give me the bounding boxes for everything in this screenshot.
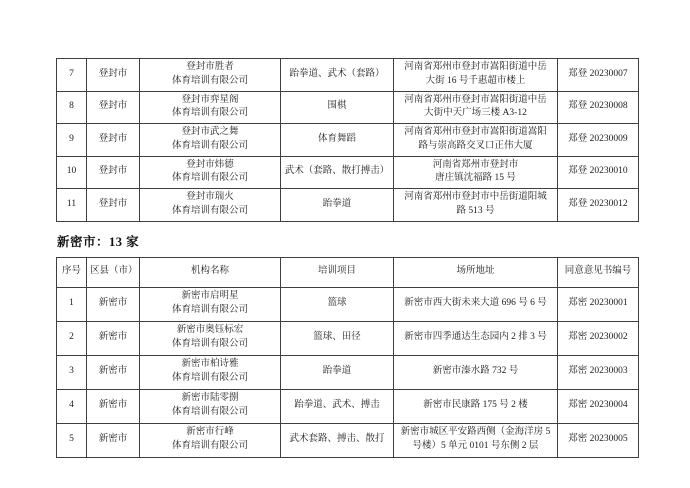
cell-training: 跆拳道 (281, 355, 394, 389)
cell-org-name: 新密市陆零捌 体育培训有限公司 (140, 389, 281, 423)
header-cert-number: 同意意见书编号 (558, 257, 639, 287)
cell-org-name: 新密市奥钰标宏 体育培训有限公司 (140, 321, 281, 355)
cell-org-name: 新密市启明星 体育培训有限公司 (140, 287, 281, 321)
cell-district: 新密市 (87, 321, 140, 355)
cell-address: 河南省郑州市登封市嵩阳街道中岳 大街中天广场三楼 A3-12 (394, 91, 558, 124)
cell-district: 登封市 (87, 189, 140, 222)
table-row: 5 新密市 新密市行峰 体育培训有限公司 武术套路、搏击、散打 新密市城区平安路… (57, 423, 639, 457)
cell-org-name: 登封市炜德 体育培训有限公司 (140, 156, 281, 189)
cell-cert-number: 郑登 20230010 (558, 156, 639, 189)
table-row: 8 登封市 登封市弈星阁 体育培训有限公司 围棋 河南省郑州市登封市嵩阳街道中岳… (57, 91, 639, 124)
cell-district: 新密市 (87, 423, 140, 457)
header-org-name: 机构名称 (140, 257, 281, 287)
cell-cert-number: 郑密 20230004 (558, 389, 639, 423)
cell-training: 体育舞蹈 (281, 124, 394, 157)
cell-org-name: 新密市柏诗雅 体育培训有限公司 (140, 355, 281, 389)
table-row: 4 新密市 新密市陆零捌 体育培训有限公司 跆拳道、武术、搏击 新密市民康路 1… (57, 389, 639, 423)
cell-serial: 2 (57, 321, 87, 355)
cell-serial: 9 (57, 124, 87, 157)
header-serial: 序号 (57, 257, 87, 287)
header-address: 场所地址 (394, 257, 558, 287)
cell-serial: 5 (57, 423, 87, 457)
cell-cert-number: 郑密 20230001 (558, 287, 639, 321)
table-header-row: 序号 区县（市） 机构名称 培训项目 场所地址 同意意见书编号 (57, 257, 639, 287)
cell-address: 河南省郑州市登封市嵩阳街道嵩阳 路与崇高路交叉口正伟大厦 (394, 124, 558, 157)
cell-cert-number: 郑密 20230002 (558, 321, 639, 355)
page-content: 7 登封市 登封市胜者 体育培训有限公司 跆拳道、武术（套路） 河南省郑州市登封… (56, 58, 638, 458)
table-row: 11 登封市 登封市瑞火 体育培训有限公司 跆拳道 河南省郑州市登封市中岳街道阳… (57, 189, 639, 222)
cell-org-name: 登封市瑞火 体育培训有限公司 (140, 189, 281, 222)
cell-training: 武术（套路、散打搏击） (281, 156, 394, 189)
cell-district: 新密市 (87, 355, 140, 389)
dengfeng-table: 7 登封市 登封市胜者 体育培训有限公司 跆拳道、武术（套路） 河南省郑州市登封… (56, 58, 639, 222)
cell-cert-number: 郑密 20230005 (558, 423, 639, 457)
header-training: 培训项目 (281, 257, 394, 287)
cell-serial: 7 (57, 59, 87, 92)
xinmi-table: 序号 区县（市） 机构名称 培训项目 场所地址 同意意见书编号 1 新密市 新密… (56, 257, 639, 458)
cell-serial: 8 (57, 91, 87, 124)
cell-district: 新密市 (87, 287, 140, 321)
cell-address: 河南省郑州市登封市嵩阳街道中岳 大街 16 号千惠超市楼上 (394, 59, 558, 92)
cell-cert-number: 郑登 20230007 (558, 59, 639, 92)
cell-org-name: 登封市武之舞 体育培训有限公司 (140, 124, 281, 157)
cell-address: 新密市四季通达生态园内 2 排 3 号 (394, 321, 558, 355)
cell-org-name: 登封市弈星阁 体育培训有限公司 (140, 91, 281, 124)
table-row: 10 登封市 登封市炜德 体育培训有限公司 武术（套路、散打搏击） 河南省郑州市… (57, 156, 639, 189)
document-page: 7 登封市 登封市胜者 体育培训有限公司 跆拳道、武术（套路） 河南省郑州市登封… (0, 0, 690, 488)
cell-training: 跆拳道、武术、搏击 (281, 389, 394, 423)
cell-training: 篮球、田径 (281, 321, 394, 355)
section-heading-xinmi: 新密市：13 家 (57, 232, 638, 250)
cell-serial: 4 (57, 389, 87, 423)
cell-district: 新密市 (87, 389, 140, 423)
cell-address: 河南省郑州市登封市 唐庄镇沈福路 15 号 (394, 156, 558, 189)
table-row: 2 新密市 新密市奥钰标宏 体育培训有限公司 篮球、田径 新密市四季通达生态园内… (57, 321, 639, 355)
cell-training: 武术套路、搏击、散打 (281, 423, 394, 457)
cell-cert-number: 郑登 20230009 (558, 124, 639, 157)
cell-district: 登封市 (87, 91, 140, 124)
cell-training: 跆拳道 (281, 189, 394, 222)
cell-training: 跆拳道、武术（套路） (281, 59, 394, 92)
cell-district: 登封市 (87, 59, 140, 92)
cell-serial: 3 (57, 355, 87, 389)
cell-org-name: 新密市行峰 体育培训有限公司 (140, 423, 281, 457)
cell-serial: 11 (57, 189, 87, 222)
cell-serial: 1 (57, 287, 87, 321)
header-district: 区县（市） (87, 257, 140, 287)
cell-address: 新密市城区平安路西侧（金海洋房 5 号楼）5 单元 0101 号东侧 2 层 (394, 423, 558, 457)
table-row: 3 新密市 新密市柏诗雅 体育培训有限公司 跆拳道 新密市溱水路 732 号 郑… (57, 355, 639, 389)
table-row: 7 登封市 登封市胜者 体育培训有限公司 跆拳道、武术（套路） 河南省郑州市登封… (57, 59, 639, 92)
cell-cert-number: 郑登 20230008 (558, 91, 639, 124)
cell-cert-number: 郑密 20230003 (558, 355, 639, 389)
cell-training: 围棋 (281, 91, 394, 124)
cell-org-name: 登封市胜者 体育培训有限公司 (140, 59, 281, 92)
table-row: 1 新密市 新密市启明星 体育培训有限公司 篮球 新密市西大街未来大道 696 … (57, 287, 639, 321)
cell-address: 新密市溱水路 732 号 (394, 355, 558, 389)
cell-address: 新密市西大街未来大道 696 号 6 号 (394, 287, 558, 321)
cell-serial: 10 (57, 156, 87, 189)
cell-address: 新密市民康路 175 号 2 楼 (394, 389, 558, 423)
cell-training: 篮球 (281, 287, 394, 321)
cell-district: 登封市 (87, 124, 140, 157)
cell-district: 登封市 (87, 156, 140, 189)
cell-address: 河南省郑州市登封市中岳街道阳城 路 513 号 (394, 189, 558, 222)
cell-cert-number: 郑登 20230012 (558, 189, 639, 222)
table-row: 9 登封市 登封市武之舞 体育培训有限公司 体育舞蹈 河南省郑州市登封市嵩阳街道… (57, 124, 639, 157)
